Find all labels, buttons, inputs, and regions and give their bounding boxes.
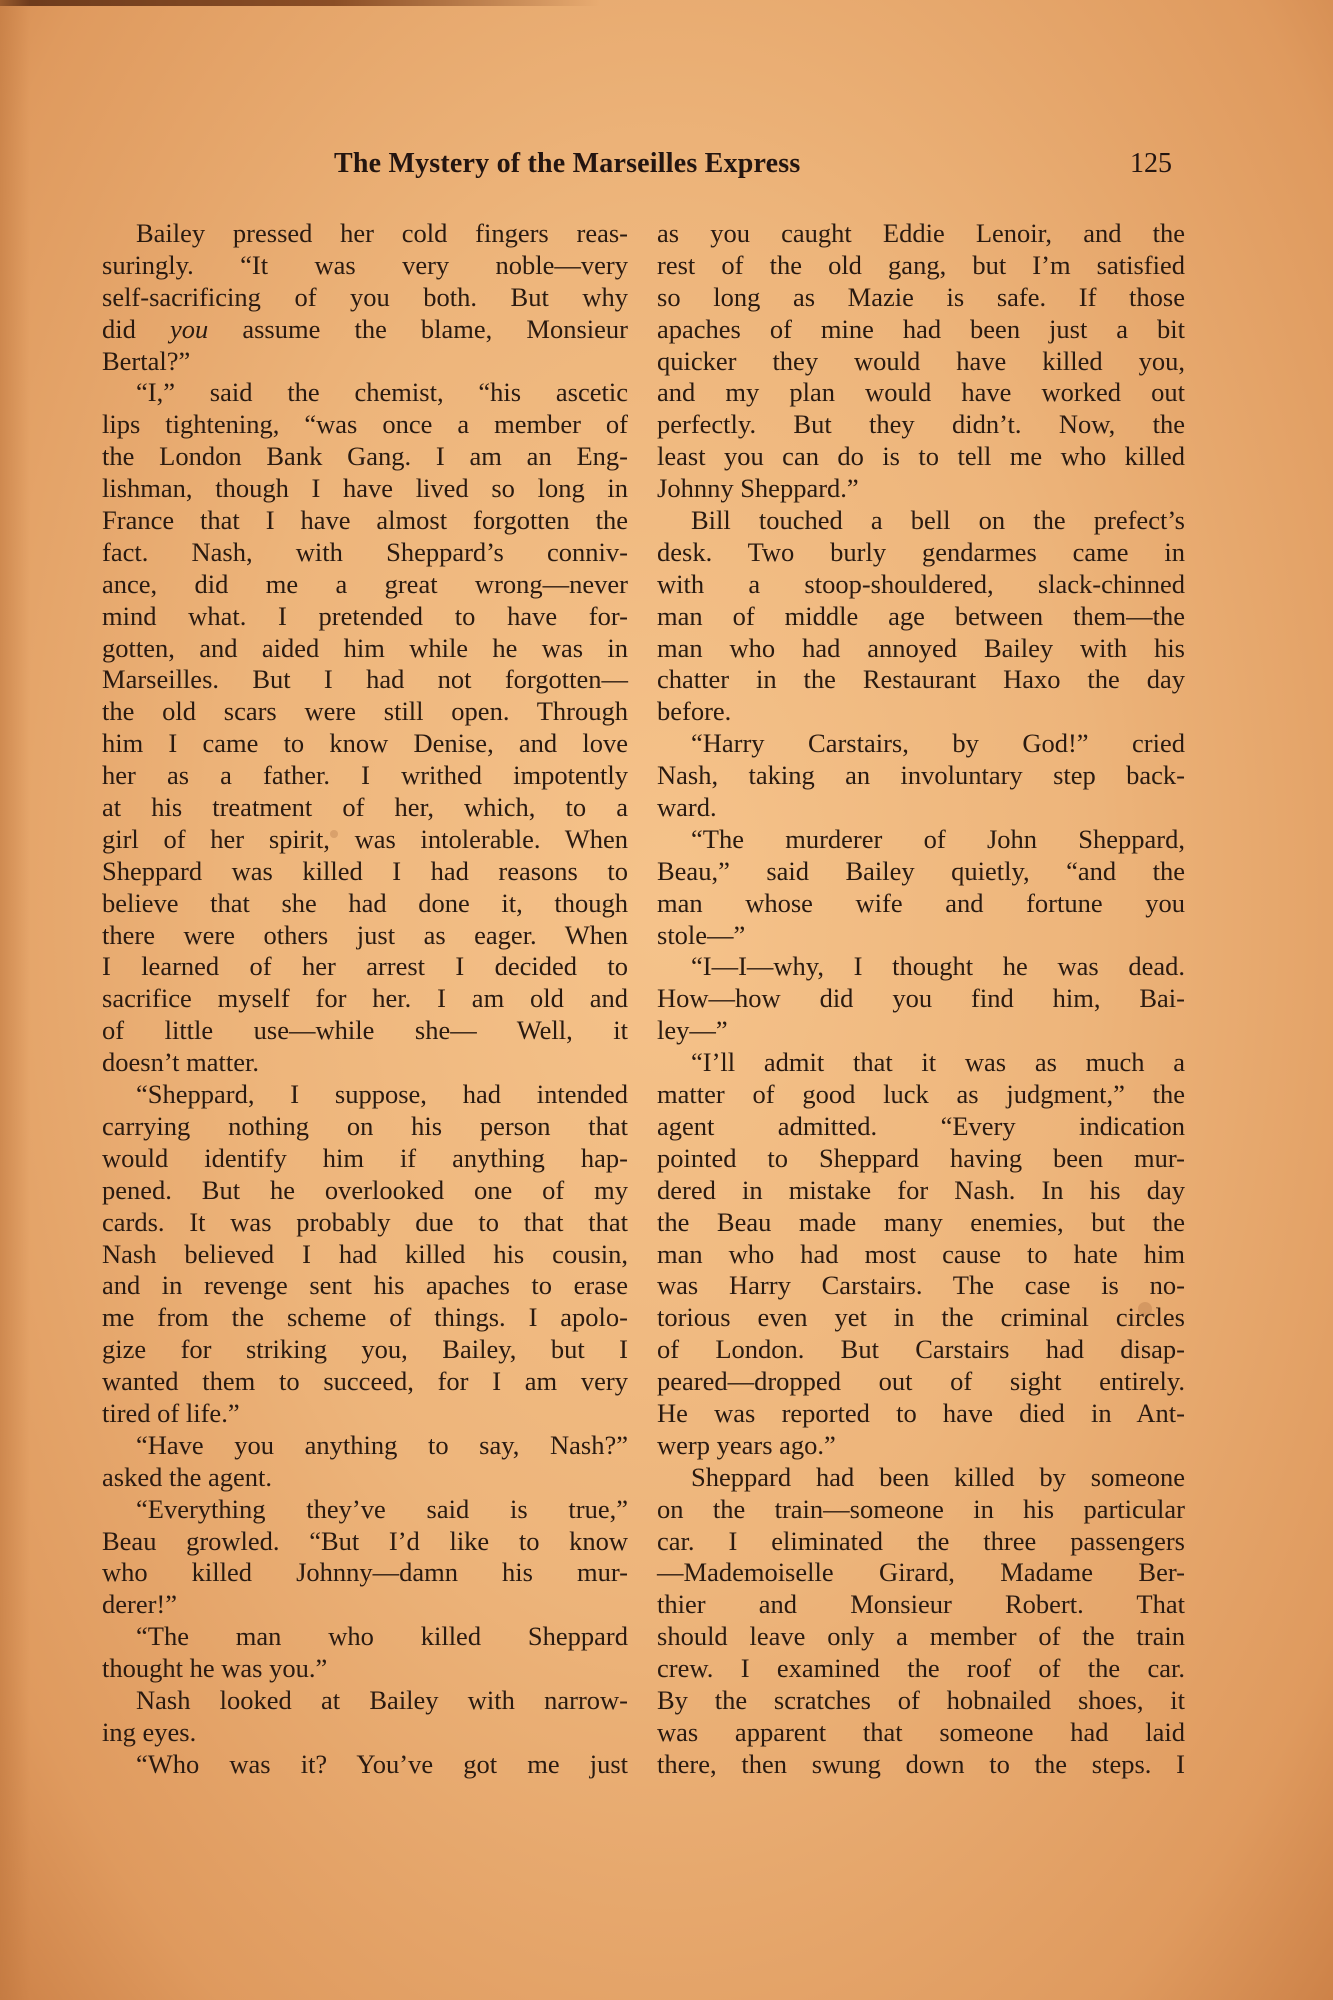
text-line: wanted them to succeed, for I am very: [102, 1366, 628, 1398]
text-line: derer!”: [102, 1589, 628, 1621]
text-line: “I—I—why, I thought he was dead.: [657, 951, 1185, 983]
text-line: “Sheppard, I suppose, had intended: [102, 1079, 628, 1111]
text-line: her as a father. I writhed impotently: [102, 760, 628, 792]
text-line: werp years ago.”: [657, 1430, 1185, 1462]
text-line: Marseilles. But I had not forgotten—: [102, 664, 628, 696]
page-number: 125: [1130, 148, 1172, 180]
text-line: Nash looked at Bailey with narrow-: [102, 1685, 628, 1717]
text-line: gotten, and aided him while he was in: [102, 633, 628, 665]
text-line: thier and Monsieur Robert. That: [657, 1589, 1185, 1621]
text-line: asked the agent.: [102, 1462, 628, 1494]
text-line: Johnny Sheppard.”: [657, 473, 1185, 505]
text-line: ance, did me a great wrong—never: [102, 569, 628, 601]
text-line: believe that she had done it, though: [102, 888, 628, 920]
text-line: least you can do is to tell me who kille…: [657, 441, 1185, 473]
text-line: was apparent that someone had laid: [657, 1717, 1185, 1749]
text-line: Sheppard had been killed by someone: [657, 1462, 1185, 1494]
text-line: France that I have almost forgotten the: [102, 505, 628, 537]
text-line: man of middle age between them—the: [657, 601, 1185, 633]
text-line: should leave only a member of the train: [657, 1621, 1185, 1653]
text-line: “I,” said the chemist, “his ascetic: [102, 377, 628, 409]
text-line: desk. Two burly gendarmes came in: [657, 537, 1185, 569]
text-line: man whose wife and fortune you: [657, 888, 1185, 920]
text-line: “Who was it? You’ve got me just: [102, 1749, 628, 1781]
text-line: Bailey pressed her cold fingers reas-: [102, 218, 628, 250]
text-column-left: Bailey pressed her cold fingers reas-sur…: [102, 218, 628, 1781]
text-line: of little use—while she— Well, it: [102, 1015, 628, 1047]
text-line: sacrifice myself for her. I am old and: [102, 983, 628, 1015]
text-line: —Mademoiselle Girard, Madame Ber-: [657, 1557, 1185, 1589]
text-line: “Have you anything to say, Nash?”: [102, 1430, 628, 1462]
text-line: carrying nothing on his person that: [102, 1111, 628, 1143]
text-line: rest of the old gang, but I’m satisfied: [657, 250, 1185, 282]
text-line: pened. But he overlooked one of my: [102, 1175, 628, 1207]
text-line: tired of life.”: [102, 1398, 628, 1430]
text-line: him I came to know Denise, and love: [102, 728, 628, 760]
text-line: “Harry Carstairs, by God!” cried: [657, 728, 1185, 760]
text-line: lips tightening, “was once a member of: [102, 409, 628, 441]
text-line: agent admitted. “Every indication: [657, 1111, 1185, 1143]
text-line: thought he was you.”: [102, 1653, 628, 1685]
text-line: lishman, though I have lived so long in: [102, 473, 628, 505]
text-line: Beau growled. “But I’d like to know: [102, 1526, 628, 1558]
text-line: would identify him if anything hap-: [102, 1143, 628, 1175]
text-line: with a stoop-shouldered, slack-chinned: [657, 569, 1185, 601]
text-line: ley—”: [657, 1015, 1185, 1047]
emphasized-word: you: [170, 314, 208, 344]
text-line: as you caught Eddie Lenoir, and the: [657, 218, 1185, 250]
text-line: on the train—someone in his particular: [657, 1494, 1185, 1526]
text-line: car. I eliminated the three passengers: [657, 1526, 1185, 1558]
text-line: Bertal?”: [102, 346, 628, 378]
text-line: of London. But Carstairs had disap-: [657, 1334, 1185, 1366]
text-line: fact. Nash, with Sheppard’s conniv-: [102, 537, 628, 569]
text-line: cards. It was probably due to that that: [102, 1207, 628, 1239]
text-line: me from the scheme of things. I apolo-: [102, 1302, 628, 1334]
text-line: ward.: [657, 792, 1185, 824]
text-line: mind what. I pretended to have for-: [102, 601, 628, 633]
text-line: self-sacrificing of you both. But why: [102, 282, 628, 314]
text-line: Beau,” said Bailey quietly, “and the: [657, 856, 1185, 888]
text-line: Nash, taking an involuntary step back-: [657, 760, 1185, 792]
text-line: “Everything they’ve said is true,”: [102, 1494, 628, 1526]
text-line: there, then swung down to the steps. I: [657, 1749, 1185, 1781]
text-line: “The man who killed Sheppard: [102, 1621, 628, 1653]
text-line: and my plan would have worked out: [657, 377, 1185, 409]
text-line: before.: [657, 696, 1185, 728]
text-line: Bill touched a bell on the prefect’s: [657, 505, 1185, 537]
text-line: gize for striking you, Bailey, but I: [102, 1334, 628, 1366]
text-line: doesn’t matter.: [102, 1047, 628, 1079]
text-line: and in revenge sent his apaches to erase: [102, 1270, 628, 1302]
text-line: man who had annoyed Bailey with his: [657, 633, 1185, 665]
text-line: stole—”: [657, 920, 1185, 952]
text-line: there were others just as eager. When: [102, 920, 628, 952]
text-line: How—how did you find him, Bai-: [657, 983, 1185, 1015]
text-line: quicker they would have killed you,: [657, 346, 1185, 378]
text-line: at his treatment of her, which, to a: [102, 792, 628, 824]
text-line: I learned of her arrest I decided to: [102, 951, 628, 983]
text-line: dered in mistake for Nash. In his day: [657, 1175, 1185, 1207]
text-line: so long as Mazie is safe. If those: [657, 282, 1185, 314]
text-line: “I’ll admit that it was as much a: [657, 1047, 1185, 1079]
text-line: torious even yet in the criminal circles: [657, 1302, 1185, 1334]
text-line: perfectly. But they didn’t. Now, the: [657, 409, 1185, 441]
text-line: the London Bank Gang. I am an Eng-: [102, 441, 628, 473]
text-line: He was reported to have died in Ant-: [657, 1398, 1185, 1430]
text-line: man who had most cause to hate him: [657, 1239, 1185, 1271]
running-title: The Mystery of the Marseilles Express: [334, 148, 800, 180]
text-line: ing eyes.: [102, 1717, 628, 1749]
text-column-right: as you caught Eddie Lenoir, and therest …: [657, 218, 1185, 1781]
text-line: suringly. “It was very noble—very: [102, 250, 628, 282]
text-line: peared—dropped out of sight entirely.: [657, 1366, 1185, 1398]
text-line: Sheppard was killed I had reasons to: [102, 856, 628, 888]
text-line: did you assume the blame, Monsieur: [102, 314, 628, 346]
text-line: was Harry Carstairs. The case is no-: [657, 1270, 1185, 1302]
text-line: matter of good luck as judgment,” the: [657, 1079, 1185, 1111]
text-line: girl of her spirit, was intolerable. Whe…: [102, 824, 628, 856]
text-line: the old scars were still open. Through: [102, 696, 628, 728]
text-line: apaches of mine had been just a bit: [657, 314, 1185, 346]
text-line: crew. I examined the roof of the car.: [657, 1653, 1185, 1685]
text-line: the Beau made many enemies, but the: [657, 1207, 1185, 1239]
text-line: By the scratches of hobnailed shoes, it: [657, 1685, 1185, 1717]
book-page: The Mystery of the Marseilles Express 12…: [0, 0, 1333, 2000]
text-line: Nash believed I had killed his cousin,: [102, 1239, 628, 1271]
text-line: who killed Johnny—damn his mur-: [102, 1557, 628, 1589]
text-line: “The murderer of John Sheppard,: [657, 824, 1185, 856]
text-line: pointed to Sheppard having been mur-: [657, 1143, 1185, 1175]
text-line: chatter in the Restaurant Haxo the day: [657, 664, 1185, 696]
